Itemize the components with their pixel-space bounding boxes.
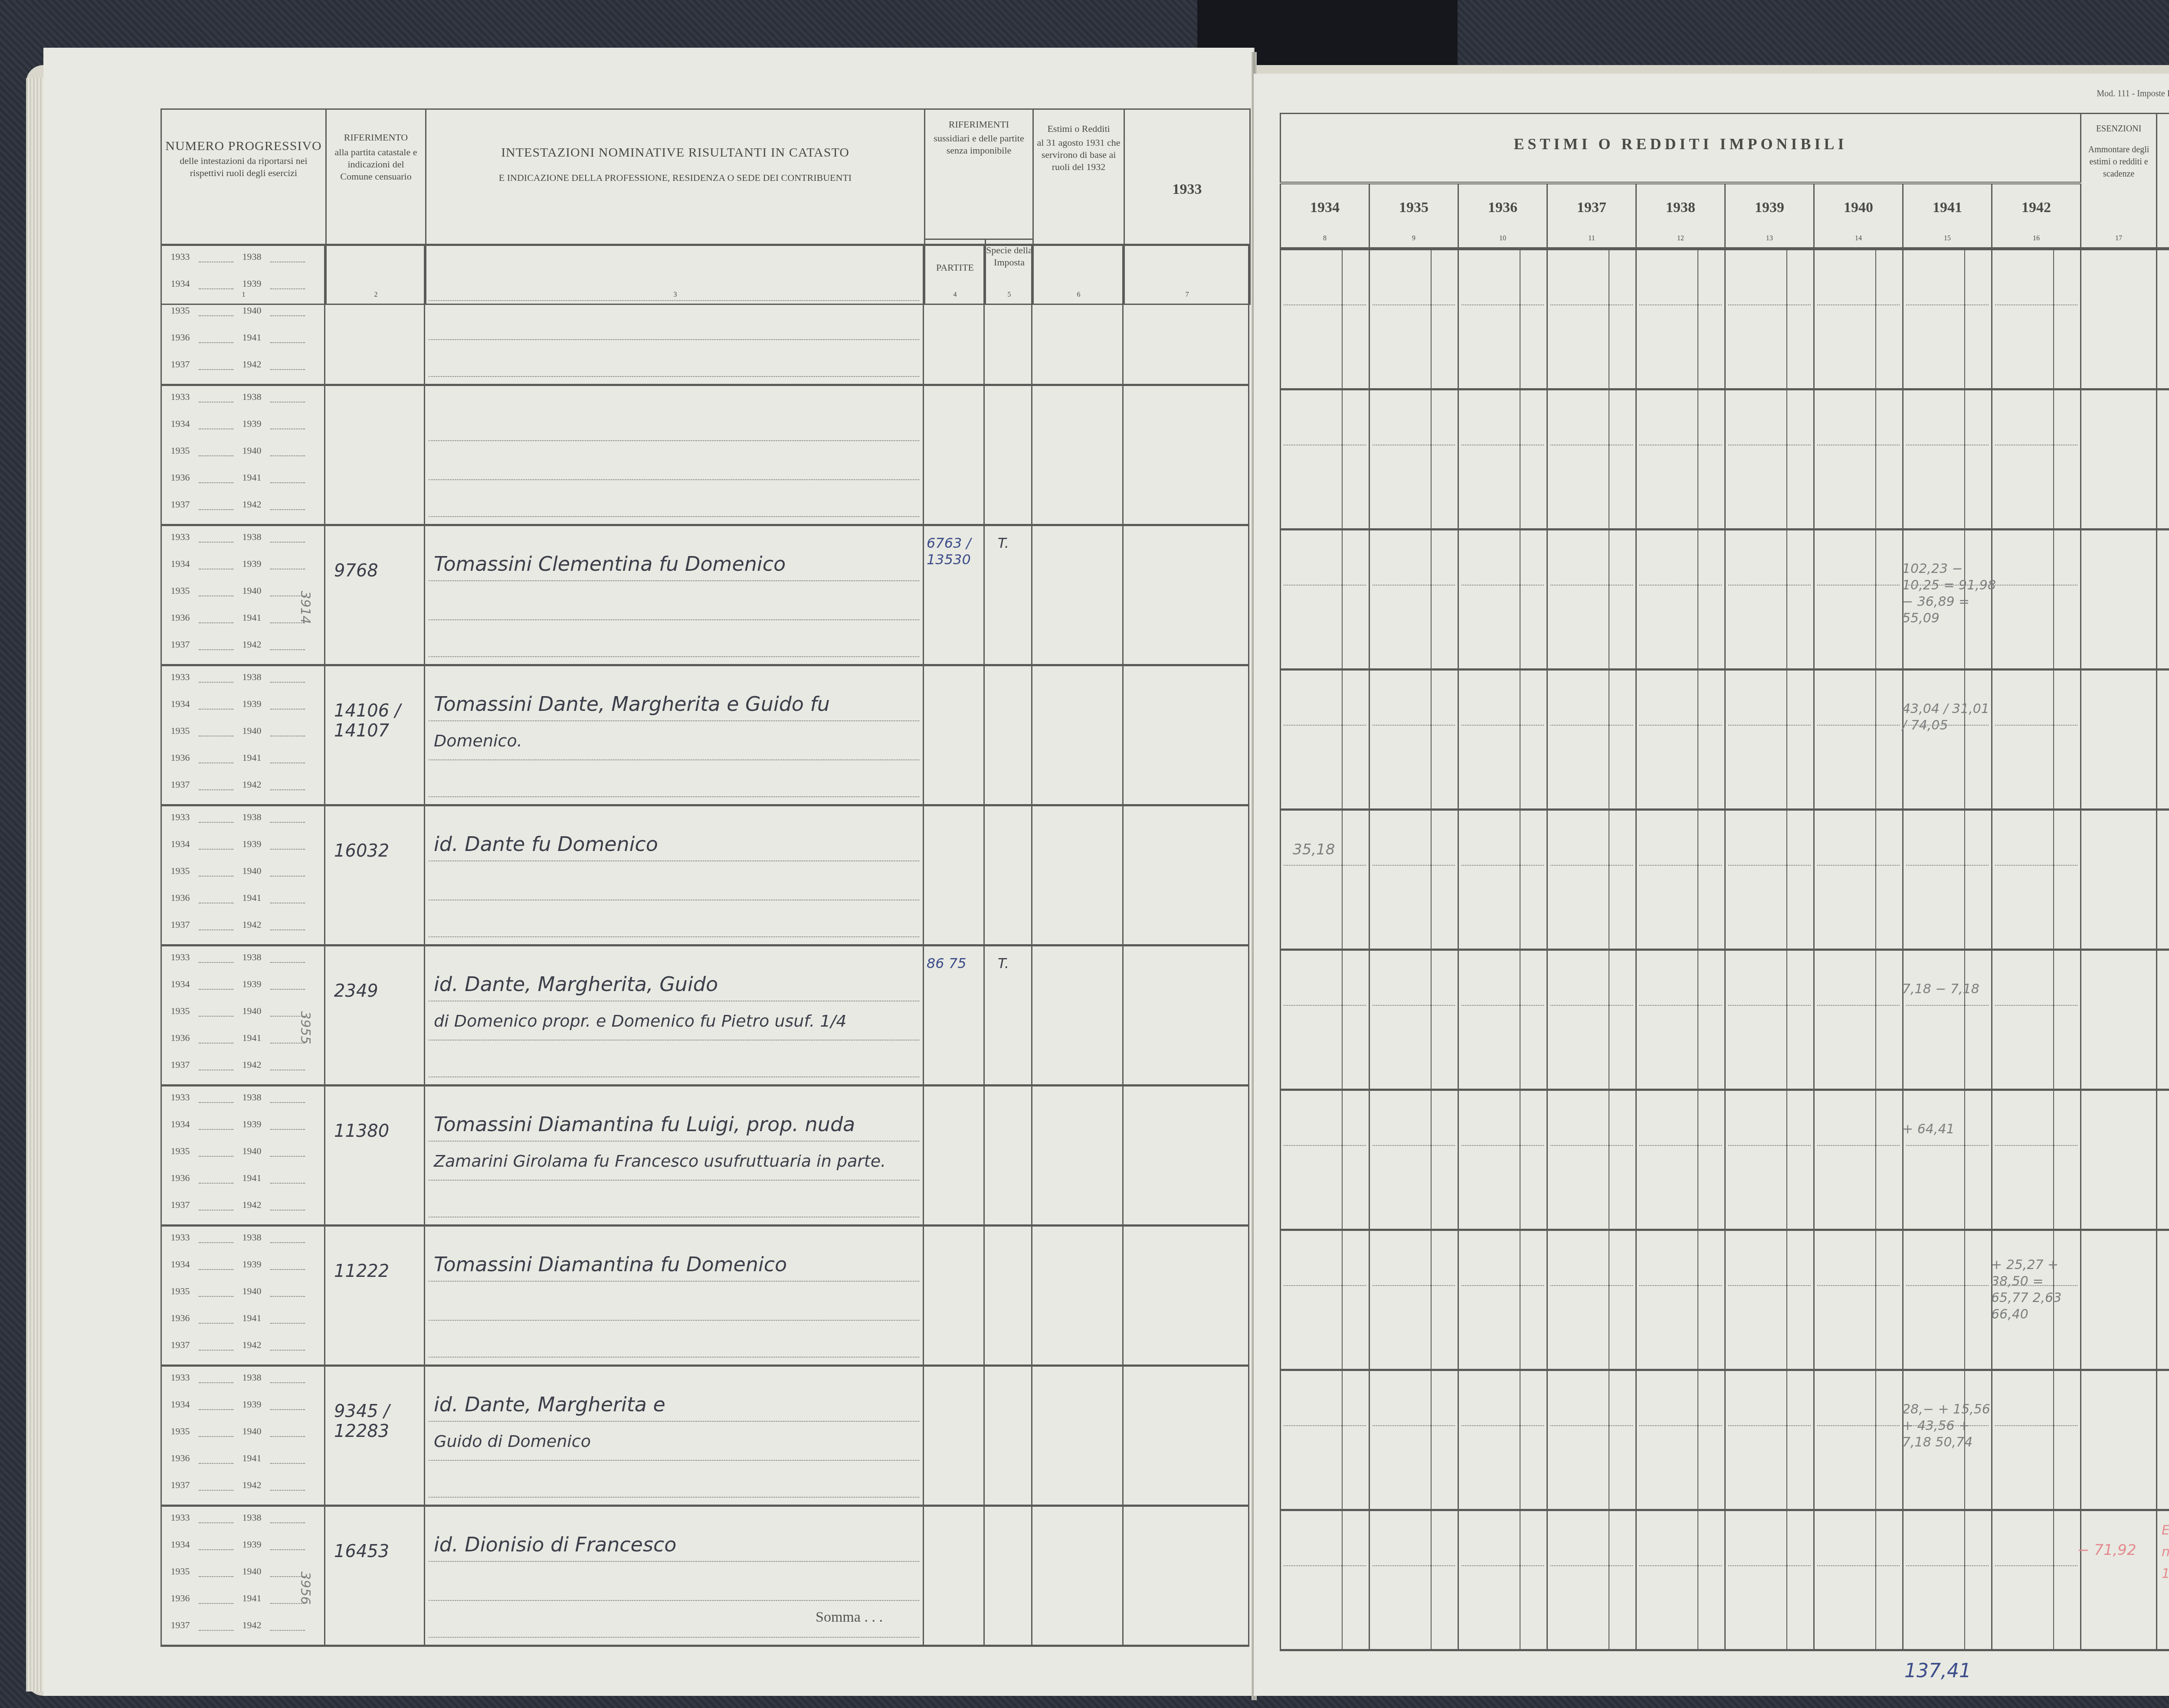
year-cell-1934: [1280, 1231, 1369, 1369]
header-year-1938: 193812: [1636, 183, 1725, 248]
value-1941: 28,− + 15,56 + 43,56 + 7,18 50,74: [1902, 1401, 1998, 1451]
year-pair: 19361941: [162, 472, 327, 489]
ledger-record-left: 1933193819341939193519401936194119371942: [161, 244, 1249, 384]
year-pair: 19351940: [162, 305, 327, 322]
ledger-record-right: [1280, 388, 2169, 528]
year-pair: 19371942: [162, 1339, 327, 1357]
header-year-1939: 193913: [1725, 183, 1814, 248]
year-cell-1940: [1813, 1371, 1902, 1509]
partite-cell: [924, 1086, 985, 1224]
year-cell-1936: [1458, 1371, 1546, 1509]
year-pair: 19371942: [162, 1620, 327, 1637]
year-pair: 19331938: [162, 531, 327, 549]
intestazione-line-1: Tomassini Clementina fu Domenico: [434, 552, 786, 576]
partite-cell: 6763 / 13530: [924, 526, 985, 664]
header-esenzioni: ESENZIONI Ammontare degli estimi o reddi…: [2081, 114, 2157, 248]
year-pair: 19361941: [162, 332, 327, 349]
year-cell-1937: [1546, 811, 1635, 949]
estimi-1931-cell: [1032, 386, 1124, 524]
year-cell-1938: [1635, 1231, 1724, 1369]
year-pair: 19371942: [162, 1199, 327, 1217]
estimi-1931-cell: [1032, 806, 1124, 944]
year-cell-1935: [1369, 1231, 1458, 1369]
ledger-record-right: [1280, 248, 2169, 388]
year-cell-1938: [1635, 530, 1724, 668]
annotazioni-cell: Esenzione famiglia numerosa S.C. 141 del…: [2156, 1511, 2169, 1649]
esenzioni-cell: [2080, 811, 2156, 949]
year-cell-1938: [1635, 250, 1724, 388]
year-cell-1935: [1369, 1371, 1458, 1509]
estimi-1931-cell: [1032, 526, 1124, 664]
year-cell-1939: [1724, 1231, 1813, 1369]
ledger-record-right: 43,04 / 31,01 / 74,05: [1280, 668, 2169, 808]
year-cell-1938: [1635, 1371, 1724, 1509]
year-1933-cell: [1124, 526, 1249, 664]
annotazioni-cell: [2156, 951, 2169, 1089]
year-1933-cell: [1124, 386, 1249, 524]
header-riferimenti: RIFERIMENTI sussidiari e delle partite s…: [925, 109, 1033, 239]
year-1933-cell: [1124, 1367, 1249, 1505]
intestazione-cell: [425, 246, 924, 384]
value-1941: 102,23 − 10,25 = 91,98 − 36,89 = 55,09: [1902, 561, 1998, 627]
year-cell-1942: [1991, 811, 2080, 949]
value-1934: 35,18: [1293, 841, 1335, 858]
header-estimi-imponibili: ESTIMI O REDDITI IMPONIBILI: [1281, 114, 2081, 183]
right-header-row: ESTIMI O REDDITI IMPONIBILI ESENZIONI Am…: [1281, 114, 2169, 183]
year-index-column: 1933193819341939193519401936194119371942: [161, 1367, 325, 1505]
partite-cell: [924, 806, 985, 944]
ledger-bottom-rule: [161, 1645, 1249, 1647]
year-pair: 19361941: [162, 892, 327, 910]
year-cell-1937: [1546, 1091, 1635, 1229]
right-ledger-table: ESTIMI O REDDITI IMPONIBILI ESENZIONI Am…: [1280, 113, 2169, 249]
ledger-record-left: 1933193819341939193519401936194119371942…: [161, 944, 1249, 1084]
ledger-record-left: 1933193819341939193519401936194119371942…: [161, 664, 1249, 804]
year-cell-1938: [1635, 1511, 1724, 1649]
year-cell-1941: [1902, 250, 1991, 388]
riferimento-cell: 9768: [325, 526, 425, 664]
year-cell-1939: [1724, 530, 1813, 668]
year-cell-1934: [1280, 530, 1369, 668]
header-year-1942: 194216: [1992, 183, 2081, 248]
estimi-1931-cell: [1032, 1367, 1124, 1505]
ledger-record-left: 1933193819341939193519401936194119371942…: [161, 1224, 1249, 1364]
year-cell-1941: [1902, 951, 1991, 1089]
year-cell-1940: [1813, 1231, 1902, 1369]
year-cell-1934: [1280, 671, 1369, 808]
intestazione-line-2: Domenico.: [434, 731, 522, 750]
esenzioni-cell: − 71,92: [2080, 1511, 2156, 1649]
year-pair: 19351940: [162, 1286, 327, 1303]
year-cell-1937: [1546, 390, 1635, 528]
estimi-1931-cell: [1032, 1086, 1124, 1224]
year-1933-cell: [1124, 1227, 1249, 1364]
year-pair: 19331938: [162, 811, 327, 829]
year-cell-1938: [1635, 1091, 1724, 1229]
year-cell-1935: [1369, 1091, 1458, 1229]
year-cell-1940: [1813, 671, 1902, 808]
riferimento-cell: 16453: [325, 1507, 425, 1645]
annotazioni-cell: [2156, 1371, 2169, 1509]
year-pair: 19341939: [162, 838, 327, 856]
intestazione-line-2: di Domenico propr. e Domenico fu Pietro …: [434, 1011, 846, 1031]
year-cell-1936: [1458, 530, 1546, 668]
year-cell-1934: [1280, 951, 1369, 1089]
year-cell-1942: [1991, 530, 2080, 668]
ledger-record-right: + 64,41: [1280, 1089, 2169, 1229]
year-cell-1935: [1369, 811, 1458, 949]
intestazione-cell: id. Dante, Margherita, Guidodi Domenico …: [425, 946, 924, 1084]
year-cell-1942: [1991, 390, 2080, 528]
estimi-1931-cell: [1032, 946, 1124, 1084]
esenzioni-cell: [2080, 530, 2156, 668]
year-cell-1940: [1813, 951, 1902, 1089]
riferimento-cell: [325, 386, 425, 524]
right-year-header-row: 1934819359193610193711193812193913194014…: [1281, 183, 2169, 248]
somma-1941-value: 137,41: [1904, 1660, 1971, 1682]
partite-cell: [924, 666, 985, 804]
year-cell-1937: [1546, 1231, 1635, 1369]
year-cell-1942: [1991, 1511, 2080, 1649]
header-year-1940: 194014: [1814, 183, 1903, 248]
annotazioni-cell: [2156, 811, 2169, 949]
intestazione-line-2: Guido di Domenico: [434, 1432, 591, 1451]
year-cell-1937: [1546, 250, 1635, 388]
year-pair: 19331938: [162, 1372, 327, 1389]
intestazione-line-2: Zamarini Girolama fu Francesco usufruttu…: [434, 1152, 886, 1171]
year-cell-1941: [1902, 671, 1991, 808]
year-cell-1941: [1902, 1091, 1991, 1229]
year-pair: 19351940: [162, 1145, 327, 1163]
annotazioni-cell: [2156, 1231, 2169, 1369]
header-year-1934: 19348: [1281, 183, 1370, 248]
year-cell-1935: [1369, 951, 1458, 1089]
year-cell-1936: [1458, 1091, 1546, 1229]
riferimento-cell: 16032: [325, 806, 425, 944]
intestazione-cell: id. Dante fu Domenico: [425, 806, 924, 944]
year-cell-1935: [1369, 1511, 1458, 1649]
year-1933-cell: [1124, 806, 1249, 944]
partite-cell: [924, 1227, 985, 1364]
year-pair: 19361941: [162, 1172, 327, 1190]
year-cell-1941: [1902, 811, 1991, 949]
margin-number: 3914: [298, 591, 313, 624]
year-1933-cell: [1124, 246, 1249, 384]
year-index-column: 1933193819341939193519401936194119371942: [161, 246, 325, 384]
intestazione-line-1: id. Dionisio di Francesco: [434, 1533, 676, 1556]
partite-cell: 86 75: [924, 946, 985, 1084]
year-pair: 19341939: [162, 418, 327, 435]
year-cell-1938: [1635, 390, 1724, 528]
year-cell-1937: [1546, 1511, 1635, 1649]
value-1941: 7,18 − 7,18: [1902, 981, 1998, 998]
ledger-record-right: 102,23 − 10,25 = 91,98 − 36,89 = 55,09: [1280, 528, 2169, 668]
annotazioni-cell: [2156, 530, 2169, 668]
ledger-record-left: 1933193819341939193519401936194119371942…: [161, 804, 1249, 944]
year-pair: 19331938: [162, 1092, 327, 1109]
year-cell-1935: [1369, 671, 1458, 808]
intestazione-line-1: id. Dante, Margherita e: [434, 1393, 665, 1416]
year-cell-1941: [1902, 390, 1991, 528]
riferimento-cell: 9345 / 12283: [325, 1367, 425, 1505]
value-1941: 43,04 / 31,01 / 74,05: [1902, 701, 1998, 734]
somma-label: Somma . . .: [816, 1609, 883, 1626]
intestazione-line-1: Tomassini Diamantina fu Domenico: [434, 1253, 787, 1276]
intestazione-cell: Tomassini Dante, Margherita e Guido fuDo…: [425, 666, 924, 804]
year-pair: 19341939: [162, 698, 327, 716]
year-cell-1939: [1724, 671, 1813, 808]
year-pair: 19341939: [162, 1119, 327, 1136]
year-pair: 19371942: [162, 1059, 327, 1076]
year-pair: 19371942: [162, 919, 327, 936]
annotazioni-cell: [2156, 390, 2169, 528]
year-1933-cell: [1124, 666, 1249, 804]
year-cell-1934: [1280, 250, 1369, 388]
esenzioni-cell: [2080, 250, 2156, 388]
year-pair: 19361941: [162, 752, 327, 769]
ledger-record-left: 1933193819341939193519401936194119371942…: [161, 1505, 1249, 1645]
estimi-1931-cell: [1032, 1227, 1124, 1364]
specie-cell: [985, 386, 1032, 524]
year-cell-1938: [1635, 951, 1724, 1089]
year-pair: 19351940: [162, 865, 327, 883]
year-cell-1934: [1280, 1371, 1369, 1509]
ledger-record-right: 28,− + 15,56 + 43,56 + 7,18 50,74: [1280, 1369, 2169, 1509]
margin-number: 3956: [298, 1571, 313, 1604]
year-index-column: 1933193819341939193519401936194119371942: [161, 666, 325, 804]
year-pair: 19371942: [162, 499, 327, 516]
left-header-row: NUMERO PROGRESSIVO delle intestazioni da…: [161, 109, 1250, 239]
year-pair: 19371942: [162, 359, 327, 376]
year-index-column: 1933193819341939193519401936194119371942…: [161, 526, 325, 664]
year-cell-1939: [1724, 811, 1813, 949]
year-cell-1934: [1280, 390, 1369, 528]
ledger-record-left: 1933193819341939193519401936194119371942…: [161, 1364, 1249, 1505]
esenzioni-cell: [2080, 951, 2156, 1089]
year-cell-1934: [1280, 1511, 1369, 1649]
year-cell-1941: [1902, 1231, 1991, 1369]
intestazione-cell: Tomassini Diamantina fu Luigi, prop. nud…: [425, 1086, 924, 1224]
year-cell-1942: [1991, 951, 2080, 1089]
year-1933-cell: [1124, 1507, 1249, 1645]
year-cell-1936: [1458, 671, 1546, 808]
year-index-column: 1933193819341939193519401936194119371942…: [161, 946, 325, 1084]
year-pair: 19331938: [162, 251, 327, 268]
annotazioni-cell: [2156, 250, 2169, 388]
year-cell-1939: [1724, 1371, 1813, 1509]
year-cell-1936: [1458, 390, 1546, 528]
year-cell-1940: [1813, 530, 1902, 668]
year-cell-1937: [1546, 1371, 1635, 1509]
right-page: Mod. 111 - Imposte Dirette (Intercalare)…: [1254, 74, 2169, 1696]
year-index-column: 1933193819341939193519401936194119371942…: [161, 1507, 325, 1645]
year-pair: 19341939: [162, 558, 327, 576]
year-cell-1940: [1813, 811, 1902, 949]
annotazioni-cell: [2156, 1091, 2169, 1229]
specie-cell: [985, 1507, 1032, 1645]
year-pair: 19341939: [162, 1399, 327, 1416]
specie-cell: T.: [985, 946, 1032, 1084]
specie-cell: T.: [985, 526, 1032, 664]
estimi-1931-cell: [1032, 246, 1124, 384]
year-pair: 19341939: [162, 978, 327, 996]
header-year-1937: 193711: [1547, 183, 1636, 248]
year-pair: 19341939: [162, 278, 327, 295]
header-year-1935: 19359: [1370, 183, 1458, 248]
riferimento-cell: 11380: [325, 1086, 425, 1224]
year-cell-1939: [1724, 250, 1813, 388]
esenzioni-cell: [2080, 1091, 2156, 1229]
specie-cell: [985, 1227, 1032, 1364]
year-cell-1937: [1546, 530, 1635, 668]
year-index-column: 1933193819341939193519401936194119371942: [161, 1227, 325, 1364]
riferimento-cell: 14106 / 14107: [325, 666, 425, 804]
form-identifier: Mod. 111 - Imposte Dirette (Intercalare)…: [2097, 89, 2169, 99]
intestazione-line-1: Tomassini Dante, Margherita e Guido fu: [434, 692, 830, 716]
estimi-1931-cell: [1032, 666, 1124, 804]
ledger-record-right: + 25,27 + 38,50 = 65,77 2,63 66,40: [1280, 1229, 2169, 1369]
ledger-record-right: 7,18 − 7,18: [1280, 949, 2169, 1089]
specie-cell: [985, 1086, 1032, 1224]
year-index-column: 1933193819341939193519401936194119371942: [161, 386, 325, 524]
esenzioni-cell: [2080, 390, 2156, 528]
year-cell-1935: [1369, 390, 1458, 528]
year-cell-1937: [1546, 951, 1635, 1089]
year-pair: 19371942: [162, 1479, 327, 1497]
intestazione-line-1: Tomassini Diamantina fu Luigi, prop. nud…: [434, 1112, 855, 1136]
intestazione-cell: Tomassini Diamantina fu Domenico: [425, 1227, 924, 1364]
year-pair: 19341939: [162, 1539, 327, 1556]
year-cell-1940: [1813, 1091, 1902, 1229]
year-pair: 19351940: [162, 725, 327, 743]
year-cell-1942: [1991, 250, 2080, 388]
year-cell-1936: [1458, 250, 1546, 388]
year-cell-1938: [1635, 811, 1724, 949]
year-cell-1934: [1280, 1091, 1369, 1229]
esenzioni-cell: [2080, 1231, 2156, 1369]
year-index-column: 1933193819341939193519401936194119371942: [161, 806, 325, 944]
intestazione-line-1: id. Dante fu Domenico: [434, 832, 658, 856]
year-cell-1940: [1813, 1511, 1902, 1649]
riferimento-cell: 11222: [325, 1227, 425, 1364]
year-pair: 19361941: [162, 1312, 327, 1330]
year-pair: 19331938: [162, 671, 327, 689]
year-cell-1936: [1458, 811, 1546, 949]
value-1942: + 25,27 + 38,50 = 65,77 2,63 66,40: [1991, 1257, 2078, 1323]
year-cell-1939: [1724, 1091, 1813, 1229]
intestazione-line-1: id. Dante, Margherita, Guido: [434, 972, 718, 996]
year-cell-1936: [1458, 1231, 1546, 1369]
year-cell-1942: [1991, 1371, 2080, 1509]
year-cell-1934: [1280, 811, 1369, 949]
year-pair: 19331938: [162, 952, 327, 969]
esenzioni-cell: [2080, 671, 2156, 808]
ledger-record-left: 1933193819341939193519401936194119371942: [161, 384, 1249, 524]
year-index-column: 1933193819341939193519401936194119371942: [161, 1086, 325, 1224]
partite-cell: [924, 1507, 985, 1645]
estimi-1931-cell: [1032, 1507, 1124, 1645]
year-cell-1936: [1458, 1511, 1546, 1649]
year-1933-cell: [1124, 946, 1249, 1084]
header-year-1936: 193610: [1458, 183, 1547, 248]
year-cell-1941: [1902, 1511, 1991, 1649]
somma-row: 137,41: [1280, 1649, 2169, 1703]
year-cell-1935: [1369, 530, 1458, 668]
year-pair: 19371942: [162, 779, 327, 796]
year-cell-1939: [1724, 951, 1813, 1089]
year-cell-1939: [1724, 390, 1813, 528]
year-cell-1938: [1635, 671, 1724, 808]
year-1933-cell: [1124, 1086, 1249, 1224]
ledger-record-right: 35,18: [1280, 808, 2169, 949]
year-pair: 19361941: [162, 1453, 327, 1470]
year-cell-1940: [1813, 250, 1902, 388]
year-pair: 19371942: [162, 639, 327, 656]
year-cell-1942: [1991, 1091, 2080, 1229]
specie-cell: [985, 806, 1032, 944]
year-cell-1936: [1458, 951, 1546, 1089]
year-cell-1939: [1724, 1511, 1813, 1649]
riferimento-cell: 2349: [325, 946, 425, 1084]
ledger-record-left: 1933193819341939193519401936194119371942…: [161, 1084, 1249, 1224]
partite-cell: [924, 1367, 985, 1505]
header-annotazioni: ANNOTAZIONI 18: [2157, 114, 2169, 248]
intestazione-cell: id. Dante, Margherita eGuido di Domenico: [425, 1367, 924, 1505]
margin-number: 3955: [298, 1011, 313, 1044]
year-cell-1935: [1369, 250, 1458, 388]
partite-cell: [924, 246, 985, 384]
esenzioni-cell: [2080, 1371, 2156, 1509]
specie-cell: [985, 1367, 1032, 1505]
year-cell-1942: [1991, 671, 2080, 808]
year-pair: 19351940: [162, 445, 327, 462]
year-cell-1940: [1813, 390, 1902, 528]
year-pair: 19331938: [162, 1512, 327, 1529]
ledger-record-left: 1933193819341939193519401936194119371942…: [161, 524, 1249, 664]
year-cell-1937: [1546, 671, 1635, 808]
specie-cell: [985, 246, 1032, 384]
header-year-1941: 194115: [1903, 183, 1992, 248]
year-pair: 19331938: [162, 1232, 327, 1249]
ledger-record-right: − 71,92Esenzione famiglia numerosa S.C. …: [1280, 1509, 2169, 1649]
annotazioni-cell: [2156, 671, 2169, 808]
year-pair: 19351940: [162, 1426, 327, 1443]
left-page: NUMERO PROGRESSIVO delle intestazioni da…: [43, 48, 1255, 1696]
partite-cell: [924, 386, 985, 524]
intestazione-cell: Tomassini Clementina fu Domenico: [425, 526, 924, 664]
year-pair: 19341939: [162, 1259, 327, 1276]
year-pair: 19331938: [162, 391, 327, 409]
specie-cell: [985, 666, 1032, 804]
value-1941: + 64,41: [1902, 1121, 1998, 1138]
riferimento-cell: [325, 246, 425, 384]
intestazione-cell: [425, 386, 924, 524]
